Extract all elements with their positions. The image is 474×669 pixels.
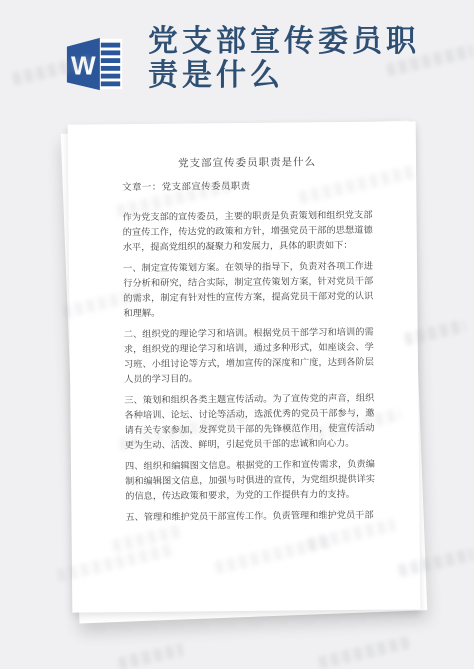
document-paragraph: 一、制定宣传策划方案。在领导的指导下，负责对各项工作进行分析和研究，结合实际，制…	[123, 259, 374, 321]
document-paragraph: 三、策划和组织各类主题宣传活动。为了宣传党的声音，组织各种培训、论坛、讨论等活动…	[124, 391, 375, 453]
document-paragraph: 四、组织和编辑图文信息。根据党的工作和宣传需求，负责编制和编辑图文信息，加强与时…	[125, 457, 375, 504]
document-paragraph: 二、组织党的理论学习和培训。根据党员干部学习和培训的需求，组织党的理论学习和培训…	[124, 325, 375, 387]
document-body: 作为党支部的宣传委员，主要的职责是负责策划和组织党支部的宣传工作，传达党的政策和…	[122, 208, 375, 525]
watermark	[117, 643, 184, 669]
document-title: 党支部宣传委员职责是什么	[122, 155, 372, 172]
page-title: 党支部宣传委员职责是什么	[148, 25, 440, 93]
watermark	[318, 636, 411, 669]
header: W 党支部宣传委员职责是什么	[0, 0, 474, 118]
document-content: 党支部宣传委员职责是什么 文章一：党支部宣传委员职责 作为党支部的宣传委员，主要…	[68, 121, 421, 612]
word-icon-letter: W	[71, 51, 96, 81]
document-subtitle: 文章一：党支部宣传委员职责	[122, 179, 372, 196]
document-paragraph: 五、管理和维护党员干部宣传工作。负责管理和维护党员干部	[125, 508, 375, 525]
page: W 党支部宣传委员职责是什么 党支部宣传委员职责是什么 文章一：党支部宣传委员职…	[0, 0, 474, 669]
document-paragraph: 作为党支部的宣传委员，主要的职责是负责策划和组织党支部的宣传工作，传达党的政策和…	[122, 208, 372, 255]
document-page-preview[interactable]: 党支部宣传委员职责是什么 文章一：党支部宣传委员职责 作为党支部的宣传委员，主要…	[68, 121, 421, 612]
word-icon: W	[64, 34, 126, 94]
